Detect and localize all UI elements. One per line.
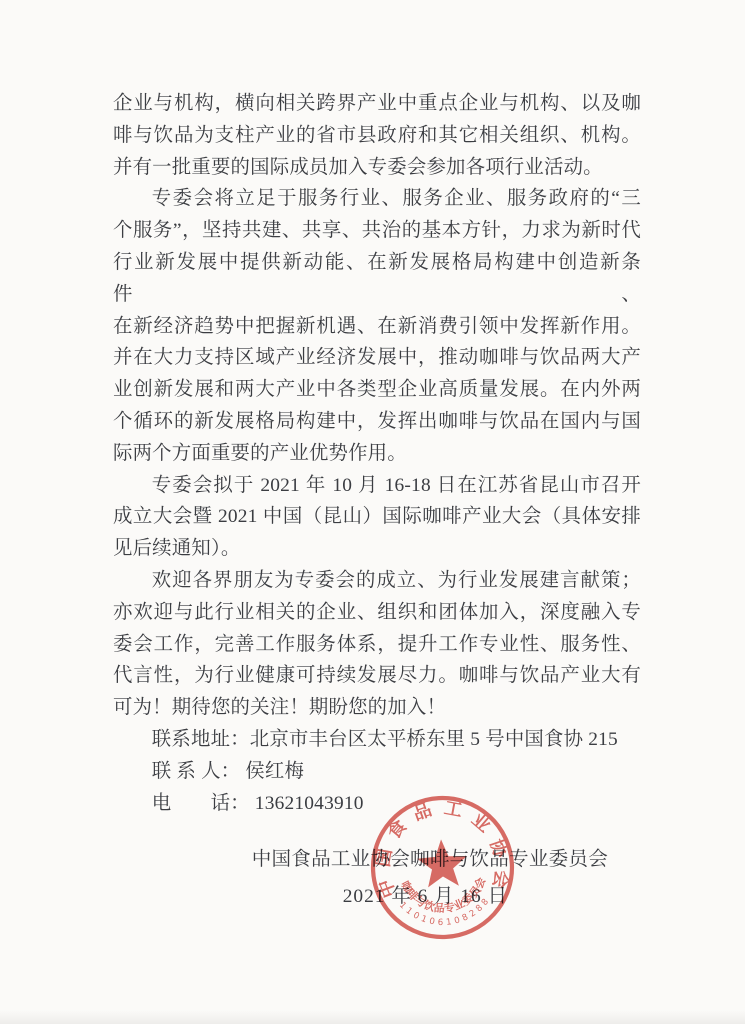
text-line: 业创新发展和两大产业中各类型企业高质量发展。在内外两 — [113, 374, 641, 406]
text-line: 并有一批重要的国际成员加入专委会参加各项行业活动。 — [113, 152, 641, 184]
text-line: 企业与机构，横向相关跨界产业中重点企业与机构、以及咖 — [113, 88, 641, 120]
text-line: 啡与饮品为支柱产业的省市县政府和其它相关组织、机构。 — [113, 120, 641, 152]
letter-body: 企业与机构，横向相关跨界产业中重点企业与机构、以及咖啡与饮品为支柱产业的省市县政… — [113, 88, 641, 819]
text-line: 亦欢迎与此行业相关的企业、组织和团体加入，深度融入专 — [113, 597, 641, 629]
text-line: 委会工作，完善工作服务体系，提升工作专业性、服务性、 — [113, 629, 641, 661]
text-line: 专委会将立足于服务行业、服务企业、服务政府的“三 — [113, 183, 641, 215]
text-line: 个循环的新发展格局构建中，发挥出咖啡与饮品在国内与国 — [113, 406, 641, 438]
text-line: 在新经济趋势中把握新机遇、在新消费引领中发挥新作用。 — [113, 311, 641, 343]
text-line: 代言性，为行业健康可持续发展尽力。咖啡与饮品产业大有 — [113, 660, 641, 692]
official-seal-stamp: 中国食品工业协会 咖啡与饮品专业委员会 110106108288 — [364, 789, 521, 946]
text-line: 可为！期待您的关注！期盼您的加入！ — [113, 692, 641, 724]
text-line: 际两个方面重要的产业优势作用。 — [113, 438, 641, 470]
text-line: 行业新发展中提供新动能、在新发展格局构建中创造新条件、 — [113, 247, 641, 311]
text-line: 个服务”，坚持共建、共享、共治的基本方针，力求为新时代 — [113, 215, 641, 247]
seal-star-icon — [416, 838, 468, 888]
text-line: 并在大力支持区域产业经济发展中，推动咖啡与饮品两大产 — [113, 342, 641, 374]
letter-page: 企业与机构，横向相关跨界产业中重点企业与机构、以及咖啡与饮品为支柱产业的省市县政… — [0, 0, 745, 1024]
text-line: 联 系 人： 侯红梅 — [113, 756, 641, 788]
text-line: 见后续通知）。 — [113, 533, 641, 565]
text-line: 欢迎各界朋友为专委会的成立、为行业发展建言献策； — [113, 565, 641, 597]
text-line: 成立大会暨 2021 中国（昆山）国际咖啡产业大会（具体安排 — [113, 501, 641, 533]
text-line: 专委会拟于 2021 年 10 月 16-18 日在江苏省昆山市召开 — [113, 470, 641, 502]
text-line: 联系地址：北京市丰台区太平桥东里 5 号中国食协 215 — [113, 724, 641, 756]
